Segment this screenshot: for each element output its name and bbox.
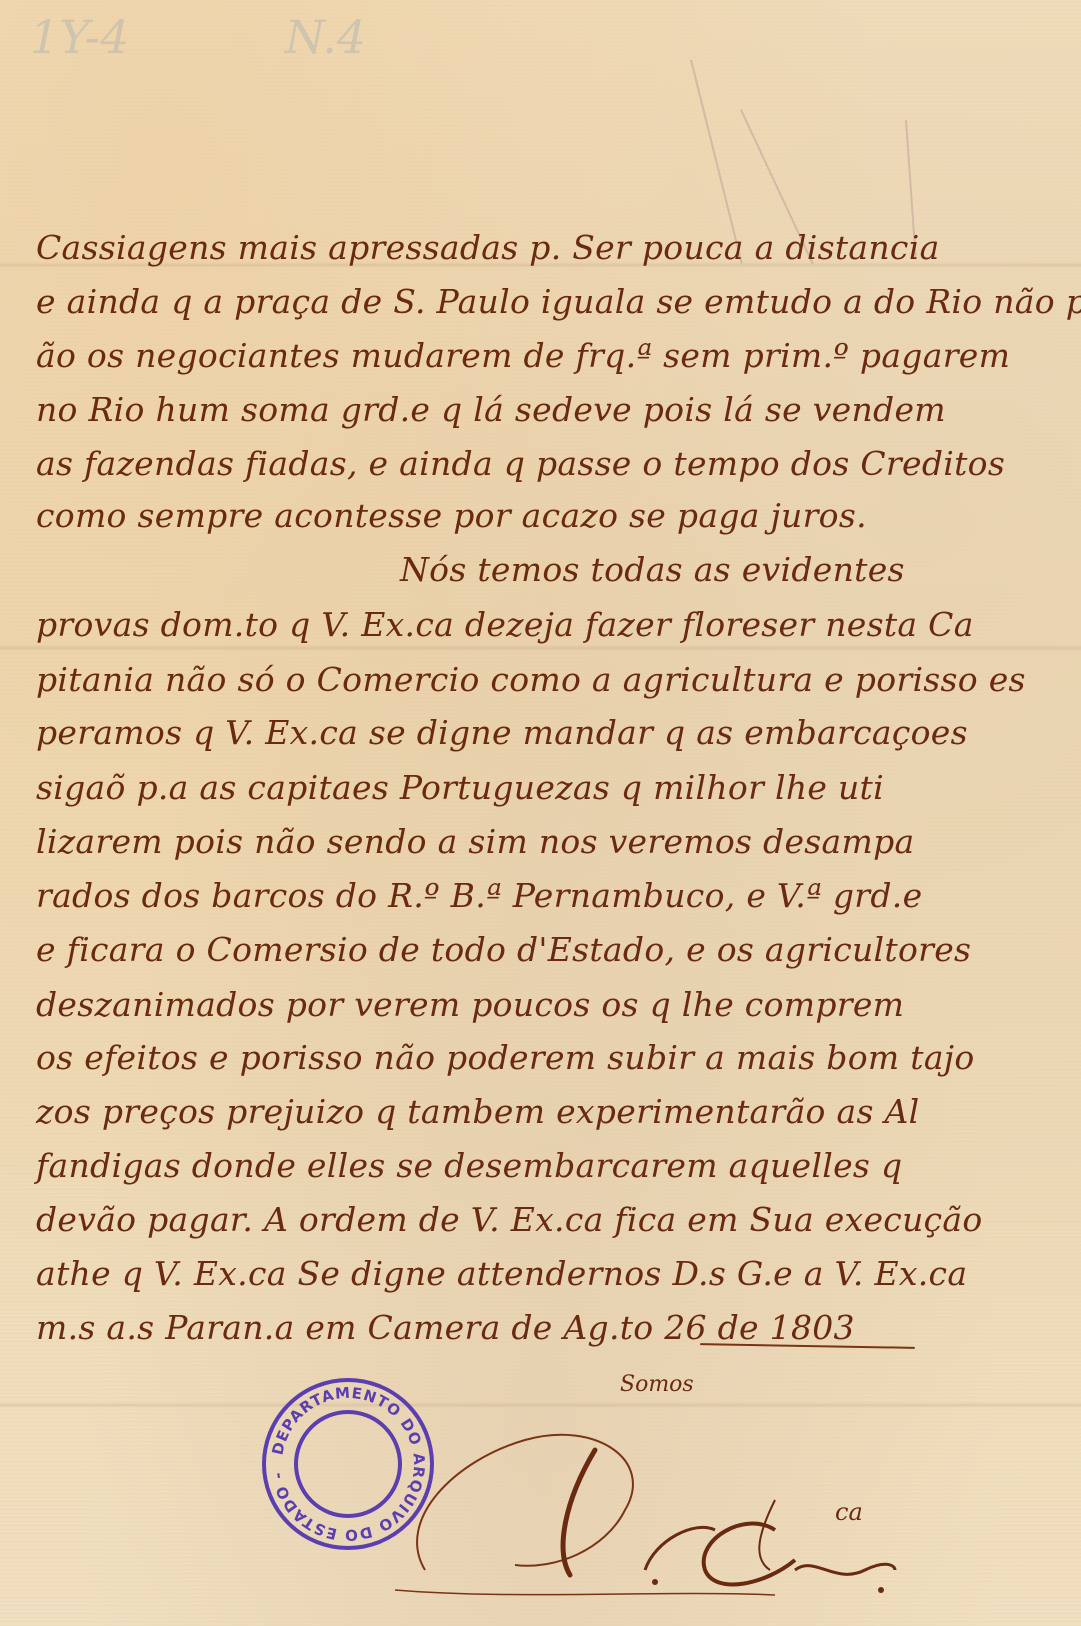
manuscript-line: no Rio hum soma grd.e q lá sedeve pois l… — [36, 390, 946, 429]
manuscript-line: ão os negociantes mudarem de frq.ª sem p… — [36, 336, 1010, 375]
signature-flourish: ca — [395, 1420, 915, 1620]
manuscript-line: os efeitos e porisso não poderem subir a… — [36, 1038, 975, 1077]
manuscript-line: as fazendas fiadas, e ainda q passe o te… — [36, 444, 1005, 483]
paper-fold — [0, 1402, 1081, 1408]
manuscript-line: rados dos barcos do R.º B.ª Pernambuco, … — [36, 876, 922, 915]
manuscript-line: lizarem pois não sendo a sim nos veremos… — [36, 822, 915, 861]
manuscript-line: Cassiagens mais apressadas p. Ser pouca … — [36, 228, 940, 267]
manuscript-line: sigaõ p.a as capitaes Portuguezas q milh… — [36, 768, 884, 807]
manuscript-line: devão pagar. A ordem de V. Ex.ca fica em… — [36, 1200, 983, 1239]
manuscript-line: como sempre acontesse por acazo se paga … — [36, 496, 867, 535]
svg-text:ca: ca — [835, 1498, 863, 1526]
manuscript-line: zos preços prejuizo q tambem experimenta… — [36, 1092, 920, 1131]
manuscript-line: provas dom.to q V. Ex.ca dezeja fazer fl… — [36, 605, 974, 644]
manuscript-line-date: m.s a.s Paran.a em Camera de Ag.to 26 de… — [36, 1308, 855, 1347]
manuscript-line: deszanimados por verem poucos os q lhe c… — [36, 985, 904, 1024]
ghost-mark-center: N.4 — [285, 10, 366, 64]
manuscript-line-indented: Nós temos todas as evidentes — [400, 550, 905, 589]
ghost-mark-left: 1Y-4 — [30, 10, 129, 64]
closing-somos: Somos — [620, 1372, 694, 1397]
manuscript-line: peramos q V. Ex.ca se digne mandar q as … — [36, 713, 968, 752]
manuscript-line: fandigas donde elles se desembarcarem aq… — [36, 1146, 902, 1185]
manuscript-page: 1Y-4 N.4 Cassiagens mais apressadas p. S… — [0, 0, 1081, 1626]
paper-fold — [0, 645, 1081, 651]
manuscript-line: e ficara o Comersio de todo d'Estado, e … — [36, 930, 971, 969]
manuscript-line: pitania não só o Comercio como a agricul… — [36, 660, 1026, 699]
manuscript-line: athe q V. Ex.ca Se digne attendernos D.s… — [36, 1254, 967, 1293]
manuscript-line: e ainda q a praça de S. Paulo iguala se … — [36, 282, 1081, 321]
